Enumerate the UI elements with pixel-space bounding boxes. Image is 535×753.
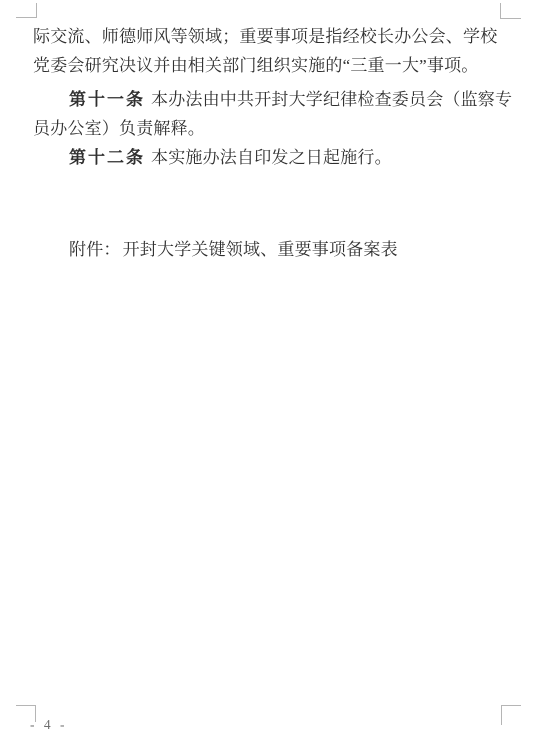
article-11-line-1: 第十一条本办法由中共开封大学纪律检查委员会（监察专 (33, 89, 535, 111)
text-boundary-mark-top-right (500, 3, 521, 19)
article-12-text: 本实施办法自印发之日起施行。 (151, 148, 392, 167)
document-page: 际交流、师德师风等领域；重要事项是指经校长办公会、学校 党委会研究决议并由相关部… (0, 0, 535, 753)
text-boundary-mark-top-left (16, 3, 37, 18)
article-12-number: 第十二条 (69, 148, 145, 167)
text-boundary-mark-bottom-right (501, 705, 521, 725)
attachment-line: 附件：开封大学关键领域、重要事项备案表 (33, 239, 535, 261)
attachment-label: 附件： (69, 240, 121, 259)
attachment-title: 开封大学关键领域、重要事项备案表 (123, 240, 398, 259)
paragraph-continuation-line-2: 党委会研究决议并由相关部门组织实施的“三重一大”事项。 (33, 55, 503, 77)
article-12-line: 第十二条本实施办法自印发之日起施行。 (33, 147, 535, 169)
page-number: - 4 - (30, 717, 68, 733)
article-11-line-2: 员办公室）负责解释。 (33, 118, 503, 140)
paragraph-continuation-line-1: 际交流、师德师风等领域；重要事项是指经校长办公会、学校 (33, 26, 503, 48)
article-11-number: 第十一条 (69, 90, 145, 109)
article-11-text: 本办法由中共开封大学纪律检查委员会（监察专 (151, 90, 512, 109)
